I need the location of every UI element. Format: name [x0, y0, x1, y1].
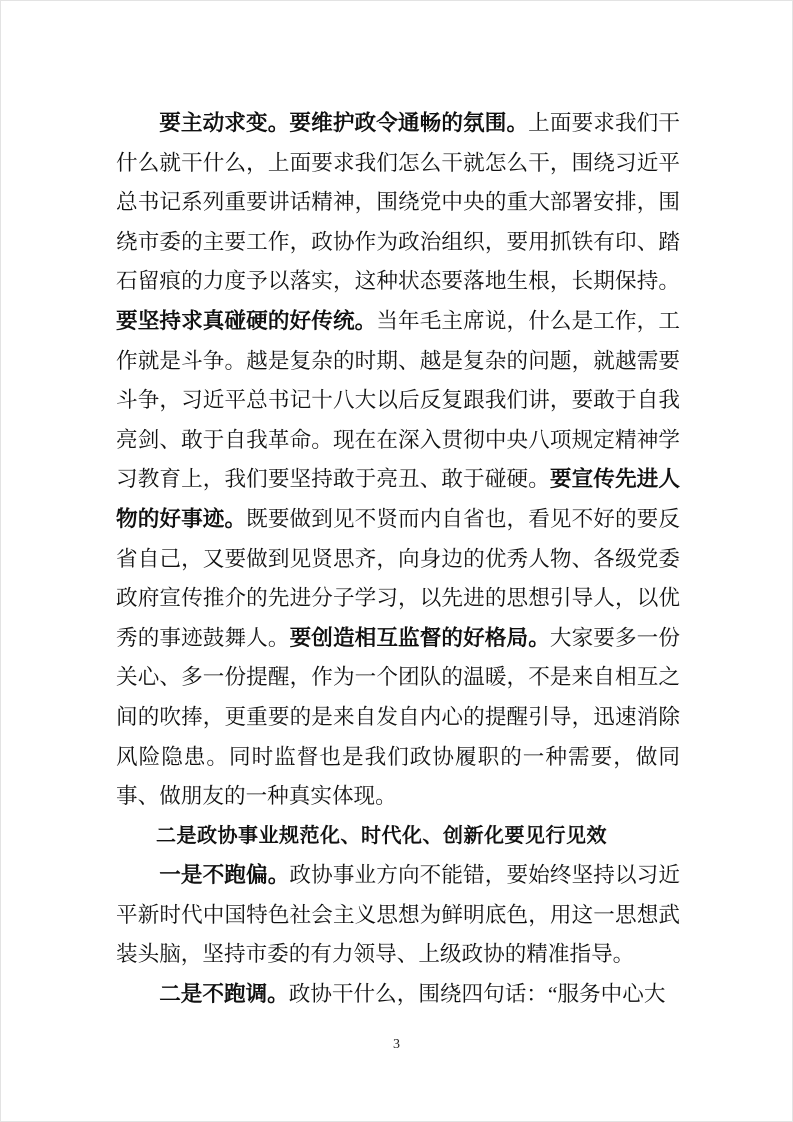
bold-text-run: 一是不跑偏。 — [159, 863, 289, 887]
bold-text-run: 二是不跑调。 — [159, 982, 289, 1006]
bold-text-run: 要创造相互监督的好格局。 — [290, 626, 550, 650]
bold-text-run: 二是政协事业规范化、时代化、创新化要见行见效 — [156, 825, 607, 847]
bold-text-run: 要坚持求真碰硬的好传统。 — [116, 309, 376, 333]
section-heading: 二是政协事业规范化、时代化、创新化要见行见效 — [116, 817, 680, 857]
text-run: 当年毛主席说，什么是工作，工作就是斗争。越是复杂的时期、越是复杂的问题，就越需要… — [116, 309, 680, 491]
paragraph-no-offkey: 二是不跑调。政协干什么，围绕四句话：“服务中心大 — [116, 975, 680, 1015]
page-number: 3 — [393, 1037, 400, 1052]
paragraph-work-style: 要主动求变。要维护政令通畅的氛围。上面要求我们干什么就干什么，上面要求我们怎么干… — [116, 104, 680, 817]
document-page: 要主动求变。要维护政令通畅的氛围。上面要求我们干什么就干什么，上面要求我们怎么干… — [0, 0, 793, 1122]
page-footer: 3 — [1, 1035, 792, 1055]
paragraph-no-deviation: 一是不跑偏。政协事业方向不能错，要始终坚持以习近平新时代中国特色社会主义思想为鲜… — [116, 856, 680, 975]
bold-text-run: 要主动求变。要维护政令通畅的氛围。 — [159, 111, 528, 135]
text-run: 上面要求我们干什么就干什么，上面要求我们怎么干就怎么干，围绕习近平总书记系列重要… — [116, 111, 680, 293]
text-run: 大家要多一份关心、多一份提醒，作为一个团队的温暖，不是来自相互之间的吹捧，更重要… — [116, 626, 680, 808]
text-run: 政协干什么，围绕四句话：“服务中心大 — [289, 982, 666, 1006]
page-body: 要主动求变。要维护政令通畅的氛围。上面要求我们干什么就干什么，上面要求我们怎么干… — [116, 104, 680, 1015]
